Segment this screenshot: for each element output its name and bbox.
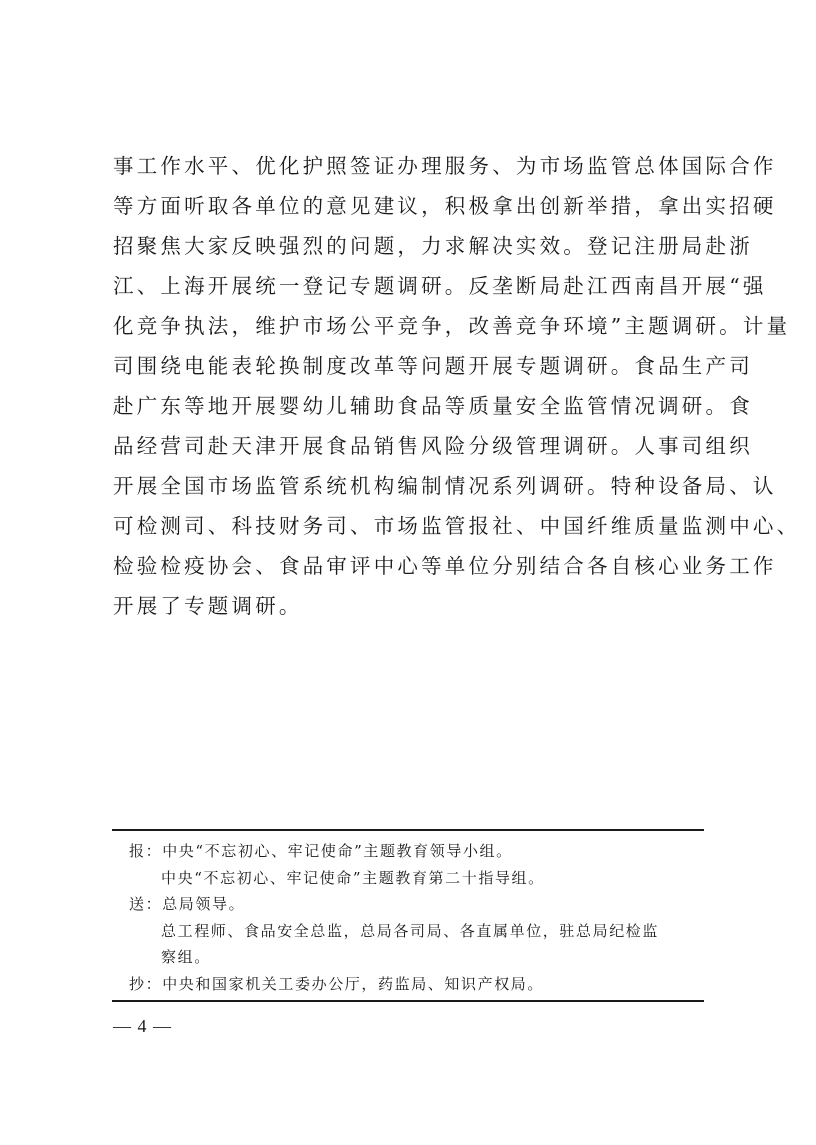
body-line: 事工作水平、优化护照签证办理服务、为市场监管总体国际合作	[113, 146, 705, 186]
report-to-recipient: 中央“不忘初心、牢记使命”主题教育第二十指导组。	[161, 869, 545, 887]
copy-to-label: 抄：	[129, 971, 162, 998]
send-to-label: 送：	[129, 891, 162, 918]
send-to-line: 总工程师、食品安全总监，总局各司局、各直属单位，驻总局纪检监	[129, 918, 699, 945]
body-paragraph: 事工作水平、优化护照签证办理服务、为市场监管总体国际合作 等方面听取各单位的意见…	[113, 146, 705, 626]
distribution-bottom-rule	[112, 1000, 704, 1002]
distribution-block: 报：中央“不忘初心、牢记使命”主题教育领导小组。 中央“不忘初心、牢记使命”主题…	[129, 838, 699, 997]
body-line: 开展了专题调研。	[113, 586, 705, 626]
send-to-recipient: 总局领导。	[162, 895, 245, 913]
copy-to-line: 抄：中央和国家机关工委办公厅，药监局、知识产权局。	[129, 971, 699, 998]
body-line: 化竞争执法，维护市场公平竞争，改善竞争环境”主题调研。计量	[113, 306, 705, 346]
body-line: 赴广东等地开展婴幼儿辅助食品等质量安全监管情况调研。食	[113, 386, 705, 426]
send-to-recipient: 察组。	[161, 948, 211, 966]
body-line: 可检测司、科技财务司、市场监管报社、中国纤维质量监测中心、	[113, 506, 705, 546]
body-line: 检验检疫协会、食品审评中心等单位分别结合各自核心业务工作	[113, 546, 705, 586]
report-to-recipient: 中央“不忘初心、牢记使命”主题教育领导小组。	[162, 842, 513, 860]
body-line: 等方面听取各单位的意见建议，积极拿出创新举措，拿出实招硬	[113, 186, 705, 226]
body-line: 招聚焦大家反映强烈的问题，力求解决实效。登记注册局赴浙	[113, 226, 705, 266]
body-line: 江、上海开展统一登记专题调研。反垄断局赴江西南昌开展“强	[113, 266, 705, 306]
report-to-line: 中央“不忘初心、牢记使命”主题教育第二十指导组。	[129, 865, 699, 892]
body-line: 品经营司赴天津开展食品销售风险分级管理调研。人事司组织	[113, 426, 705, 466]
page-number: — 4 —	[113, 1016, 172, 1037]
report-to-label: 报：	[129, 838, 162, 865]
body-line: 开展全国市场监管系统机构编制情况系列调研。特种设备局、认	[113, 466, 705, 506]
send-to-line: 察组。	[129, 944, 699, 971]
copy-to-recipient: 中央和国家机关工委办公厅，药监局、知识产权局。	[162, 975, 544, 993]
distribution-top-rule	[112, 829, 704, 831]
send-to-recipient: 总工程师、食品安全总监，总局各司局、各直属单位，驻总局纪检监	[161, 922, 659, 940]
report-to-line: 报：中央“不忘初心、牢记使命”主题教育领导小组。	[129, 838, 699, 865]
send-to-line: 送：总局领导。	[129, 891, 699, 918]
body-line: 司围绕电能表轮换制度改革等问题开展专题调研。食品生产司	[113, 346, 705, 386]
